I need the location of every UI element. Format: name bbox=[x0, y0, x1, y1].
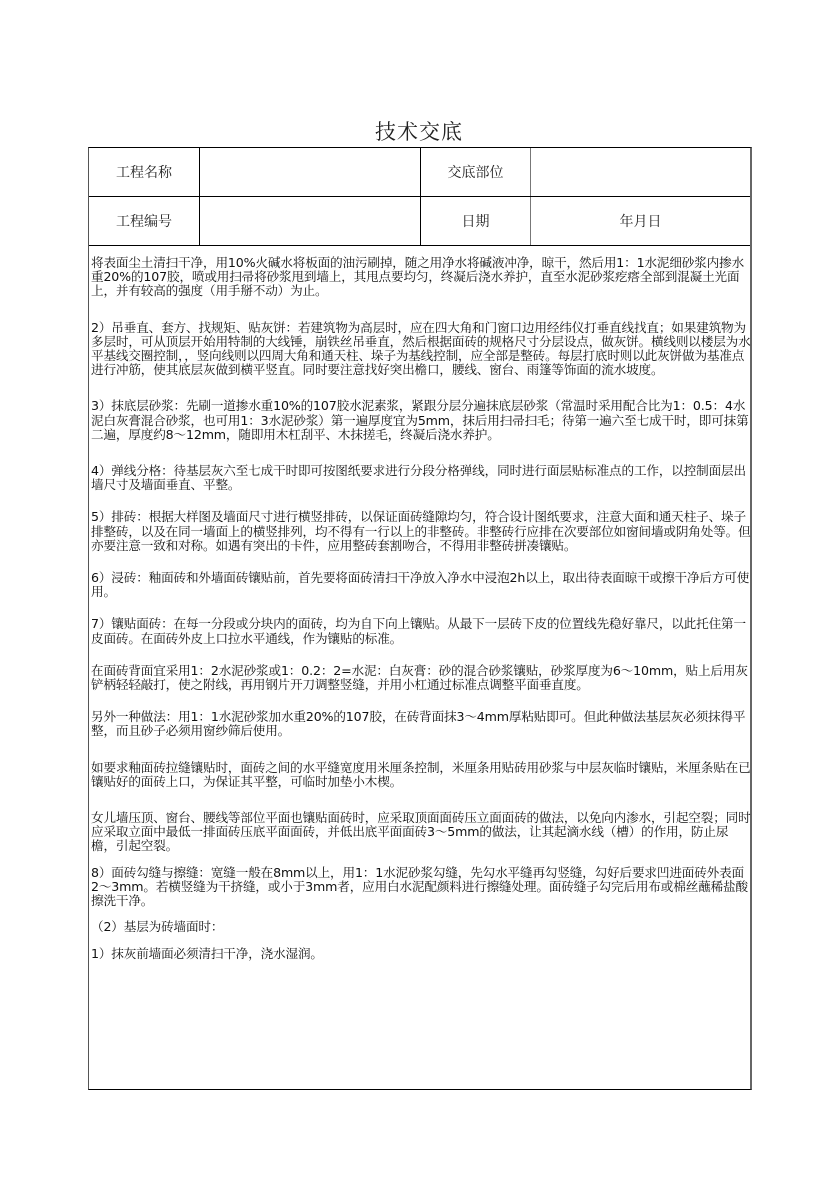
briefing-content: 将表面尘土清扫干净，用10%火碱水将板面的油污刷掉，随之用净水将碱液冲净，晾干，… bbox=[91, 256, 751, 961]
date-label: 日期 bbox=[421, 197, 531, 245]
paragraph-surface-cleaning: 将表面尘土清扫干净，用10%火碱水将板面的油污刷掉，随之用净水将碱液冲净，晾干，… bbox=[91, 256, 751, 299]
paragraph-step-6-tile-soaking: 6）浸砖：釉面砖和外墙面砖镶贴前，首先要将面砖清扫干净放入净水中浸泡2h以上，取… bbox=[91, 571, 751, 599]
project-number-field[interactable] bbox=[200, 197, 421, 245]
paragraph-joint-spacing: 如要求釉面砖拉缝镶贴时，面砖之间的水平缝宽度用米厘条控制，米厘条用贴砖用砂浆与中… bbox=[91, 761, 751, 789]
paragraph-step-4-line-marking: 4）弹线分格：待基层灰六至七成干时即可按图纸要求进行分段分格弹线，同时进行面层贴… bbox=[91, 464, 751, 492]
paragraph-step-2-plumb-and-square: 2）吊垂直、套方、找规矩、贴灰饼：若建筑物为高层时，应在四大角和门窗口边用经纬仪… bbox=[91, 321, 751, 378]
header-row-project-number: 工程编号 日期 年月日 bbox=[89, 197, 750, 246]
paragraph-step-3-base-mortar: 3）抹底层砂浆：先刷一道掺水重10%的107胶水泥素浆，紧跟分层分遍抹底层砂浆（… bbox=[91, 399, 751, 442]
project-number-label: 工程编号 bbox=[89, 197, 200, 245]
paragraph-step-8-pointing: 8）面砖勾缝与擦缝：宽缝一般在8mm以上，用1：1水泥砂浆勾缝，先勾水平缝再勾竖… bbox=[91, 866, 751, 909]
paragraph-tile-back-mortar: 在面砖背面宜采用1：2水泥砂浆或1：0.2：2=水泥：白灰膏：砂的混合砂浆镶贴，… bbox=[91, 664, 751, 692]
paragraph-step-7-tile-setting: 7）镶贴面砖：在每一分段或分块内的面砖，均为自下向上镶贴。从最下一层砖下皮的位置… bbox=[91, 617, 751, 645]
header-row-project-name: 工程名称 交底部位 bbox=[89, 148, 750, 197]
briefing-location-field[interactable] bbox=[531, 148, 750, 196]
technical-briefing-form: 工程名称 交底部位 工程编号 日期 年月日 将表面尘土清扫干净，用10%火碱水将… bbox=[88, 147, 752, 1090]
document-title: 技术交底 bbox=[0, 118, 838, 146]
paragraph-alternative-method: 另外一种做法：用1：1水泥砂浆加水重20%的107胶，在砖背面抹3～4mm厚粘贴… bbox=[91, 710, 751, 738]
paragraph-brick-wall-step-1: 1）抹灰前墙面必须清扫干净，浇水湿润。 bbox=[91, 947, 751, 961]
project-name-label: 工程名称 bbox=[89, 148, 200, 196]
briefing-location-label: 交底部位 bbox=[421, 148, 531, 196]
paragraph-step-5-tile-layout: 5）排砖：根据大样图及墙面尺寸进行横竖排砖，以保证面砖缝隙均匀，符合设计图纸要求… bbox=[91, 510, 751, 553]
paragraph-parapet-sills: 女儿墙压顶、窗台、腰线等部位平面也镶贴面砖时，应采取顶面面砖压立面面砖的做法，以… bbox=[91, 811, 751, 854]
section-heading-brick-wall-base: （2）基层为砖墙面时： bbox=[91, 920, 751, 934]
project-name-field[interactable] bbox=[200, 148, 421, 196]
date-field[interactable]: 年月日 bbox=[531, 197, 750, 245]
